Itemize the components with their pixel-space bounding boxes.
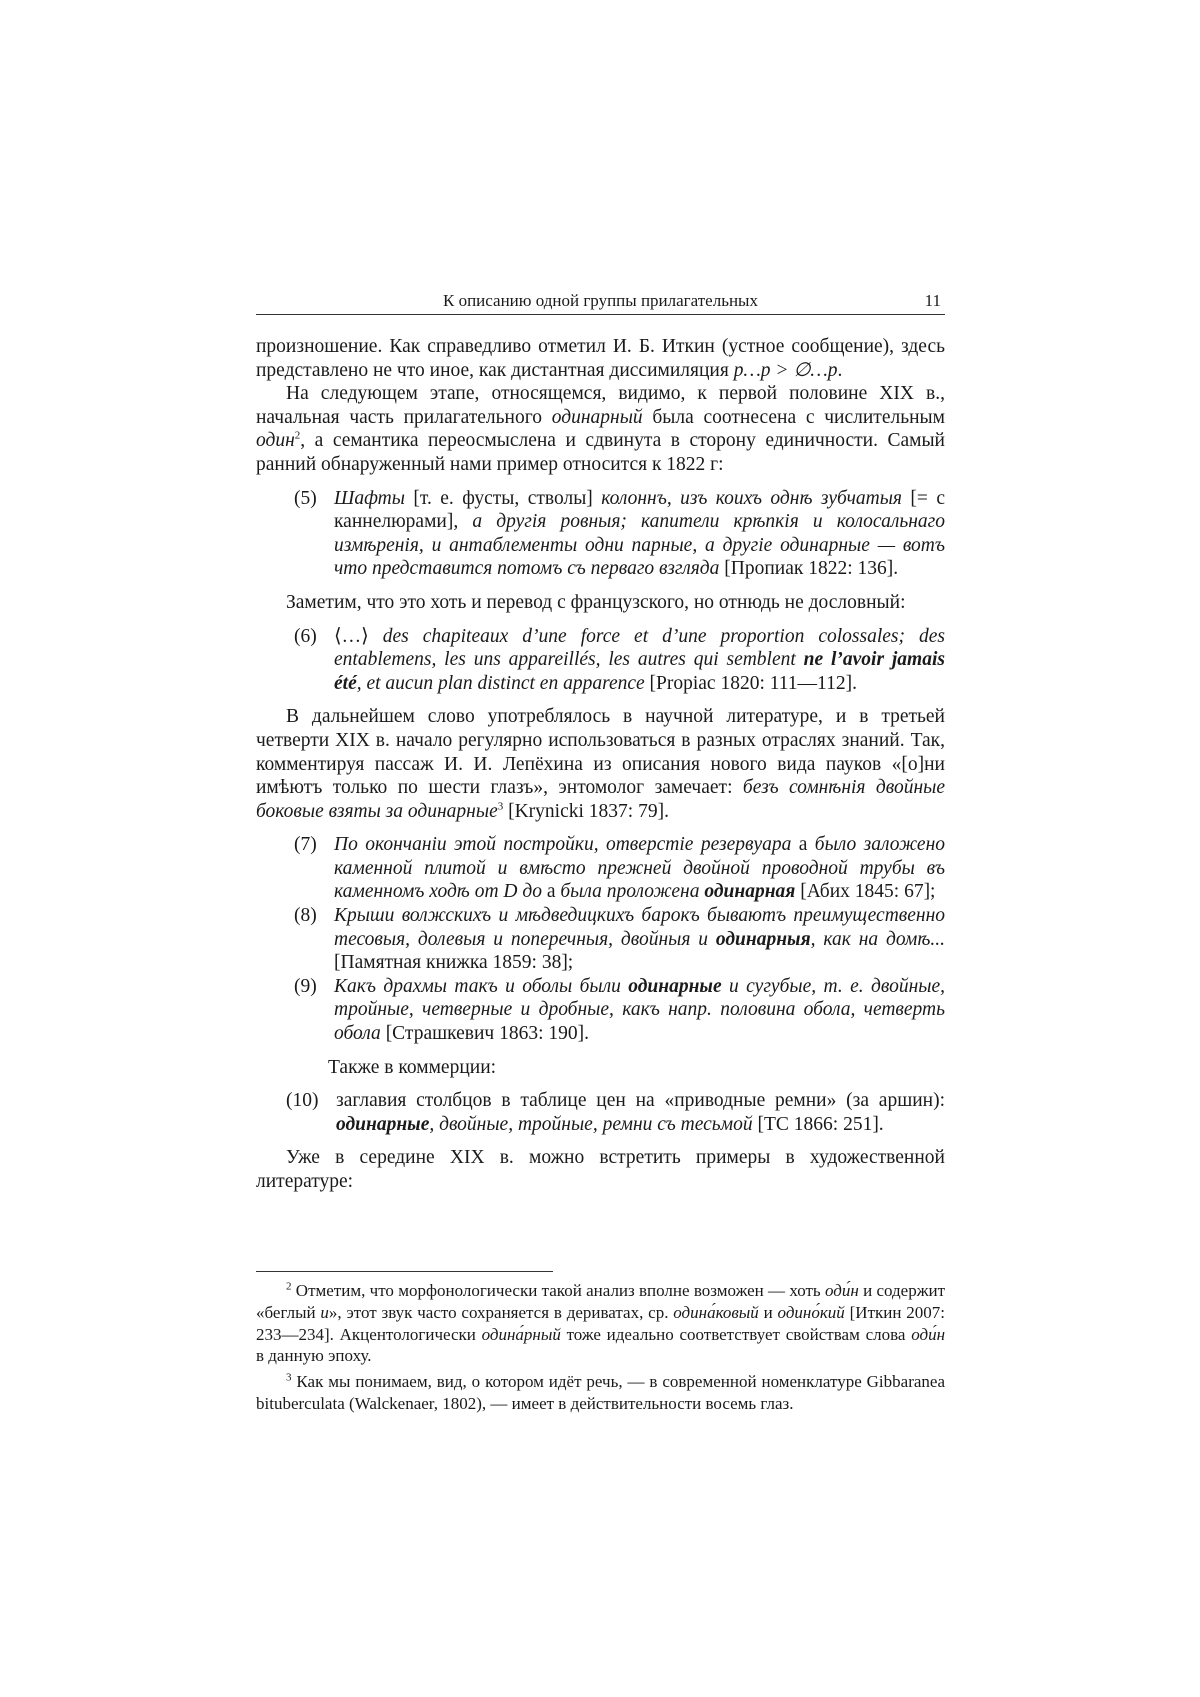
example-6-block: (6) ⟨…⟩ des chapiteaux d’une force et d’… — [294, 625, 945, 696]
quote: колоннъ, изъ коихъ однѣ зубчатыя — [601, 488, 902, 509]
example-5: (5) Шафты [т. е. фусты, стволы] колоннъ,… — [294, 487, 945, 581]
formula: р…р > ∅…р — [734, 360, 838, 381]
example-7-9-block: (7) По окончаніи этой постройки, отверст… — [294, 833, 945, 1045]
paragraph-4: В дальнейшем слово употреблялось в научн… — [256, 705, 945, 823]
footnote-rule — [256, 1271, 553, 1272]
text: тоже идеально соответствует свойствам сл… — [561, 1325, 911, 1344]
text: , а семантика переосмыслена и сдвинута в… — [256, 430, 945, 475]
term: и — [320, 1303, 329, 1322]
ellipsis: ⟨…⟩ — [334, 626, 383, 647]
citation: [Страшкевич 1863: 190]. — [381, 1023, 589, 1044]
example-7: (7) По окончаніи этой постройки, отверст… — [294, 833, 945, 904]
citation: [Krynicki 1837: 79]. — [503, 801, 669, 822]
example-10: (10) заглавия столбцов в таблице цен на … — [286, 1089, 945, 1136]
term: оди́н — [911, 1325, 945, 1344]
quote: , как на домѣ... — [811, 929, 945, 950]
text: и — [759, 1303, 778, 1322]
gloss: [т. е. фусты, стволы] — [405, 488, 601, 509]
header-rule — [256, 314, 945, 315]
paragraph-2: На следующем этапе, относящемся, видимо,… — [256, 382, 945, 476]
quote: По окончаніи этой постройки, отверстіе р… — [334, 834, 791, 855]
quote: , et aucun plan distinct en apparence — [357, 673, 645, 694]
text: », этот звук часто сохраняется в дериват… — [329, 1303, 673, 1322]
term: один — [256, 430, 295, 451]
term: одинарный — [552, 407, 643, 428]
text: Как мы понимаем, вид, о котором идёт реч… — [256, 1372, 945, 1413]
example-10-block: (10) заглавия столбцов в таблице цен на … — [286, 1089, 945, 1136]
example-text: Крыши волжскихъ и мѣдведицкихъ барокъ бы… — [334, 904, 945, 975]
citation: [Propiac 1820: 111—112]. — [645, 673, 857, 694]
paragraph-6: Уже в середине XIX в. можно встретить пр… — [256, 1146, 945, 1193]
example-text: Шафты [т. е. фусты, стволы] колоннъ, изъ… — [334, 487, 945, 581]
paragraph-5: Также в коммерции: — [256, 1056, 945, 1080]
citation: [Пропиак 1822: 136]. — [719, 558, 898, 579]
citation: [ТС 1866: 251]. — [753, 1114, 884, 1135]
quote: Шафты — [334, 488, 405, 509]
text: а — [542, 881, 560, 902]
emphasis: одинарная — [704, 881, 795, 902]
example-number: (6) — [294, 625, 334, 696]
example-number: (5) — [294, 487, 334, 581]
running-head-title: К описанию одной группы прилагательных — [256, 290, 945, 312]
emphasis: одинарные — [336, 1114, 429, 1135]
quote: была проложена — [560, 881, 704, 902]
text: . — [838, 360, 843, 381]
citation: [Памятная книжка 1859: 38]; — [334, 952, 573, 973]
example-number: (9) — [294, 975, 334, 1046]
term: оди́н — [825, 1281, 859, 1300]
text: заглавия столбцов в таблице цен на «прив… — [336, 1090, 945, 1111]
quote: , двойные, тройные, ремни съ тесьмой — [429, 1114, 752, 1135]
emphasis: одинарныя — [716, 929, 811, 950]
example-text: Какъ драхмы такъ и оболы были одинарные … — [334, 975, 945, 1046]
example-5-block: (5) Шафты [т. е. фусты, стволы] колоннъ,… — [294, 487, 945, 581]
text: в данную эпоху. — [256, 1346, 372, 1365]
example-text: По окончаніи этой постройки, отверстіе р… — [334, 833, 945, 904]
term: одина́ковый — [673, 1303, 759, 1322]
page-number: 11 — [925, 290, 941, 312]
footnote-2: 2 Отметим, что морфонологически такой ан… — [256, 1280, 945, 1367]
paragraph-3: Заметим, что это хоть и перевод с францу… — [256, 591, 945, 615]
citation: [Абих 1845: 67]; — [795, 881, 935, 902]
emphasis: одинарные — [628, 976, 721, 997]
footnotes: 2 Отметим, что морфонологически такой ан… — [256, 1280, 945, 1415]
example-number: (7) — [294, 833, 334, 904]
example-number: (10) — [286, 1089, 336, 1136]
example-number: (8) — [294, 904, 334, 975]
running-head: К описанию одной группы прилагательных 1… — [256, 290, 945, 312]
example-8: (8) Крыши волжскихъ и мѣдведицкихъ барок… — [294, 904, 945, 975]
footnote-3: 3 Как мы понимаем, вид, о котором идёт р… — [256, 1371, 945, 1415]
text: а — [791, 834, 814, 855]
example-text: заглавия столбцов в таблице цен на «прив… — [336, 1089, 945, 1136]
example-9: (9) Какъ драхмы такъ и оболы были одинар… — [294, 975, 945, 1046]
example-text: ⟨…⟩ des chapiteaux d’une force et d’une … — [334, 625, 945, 696]
term: одино́кий — [778, 1303, 845, 1322]
paragraph-1: произношение. Как справедливо отметил И.… — [256, 335, 945, 382]
quote: Какъ драхмы такъ и оболы были — [334, 976, 628, 997]
text: Отметим, что морфонологически такой анал… — [292, 1281, 825, 1300]
body-text: произношение. Как справедливо отметил И.… — [256, 335, 945, 1194]
text: была соотнесена с числительным — [643, 407, 945, 428]
example-6: (6) ⟨…⟩ des chapiteaux d’une force et d’… — [294, 625, 945, 696]
term: одина́рный — [482, 1325, 561, 1344]
